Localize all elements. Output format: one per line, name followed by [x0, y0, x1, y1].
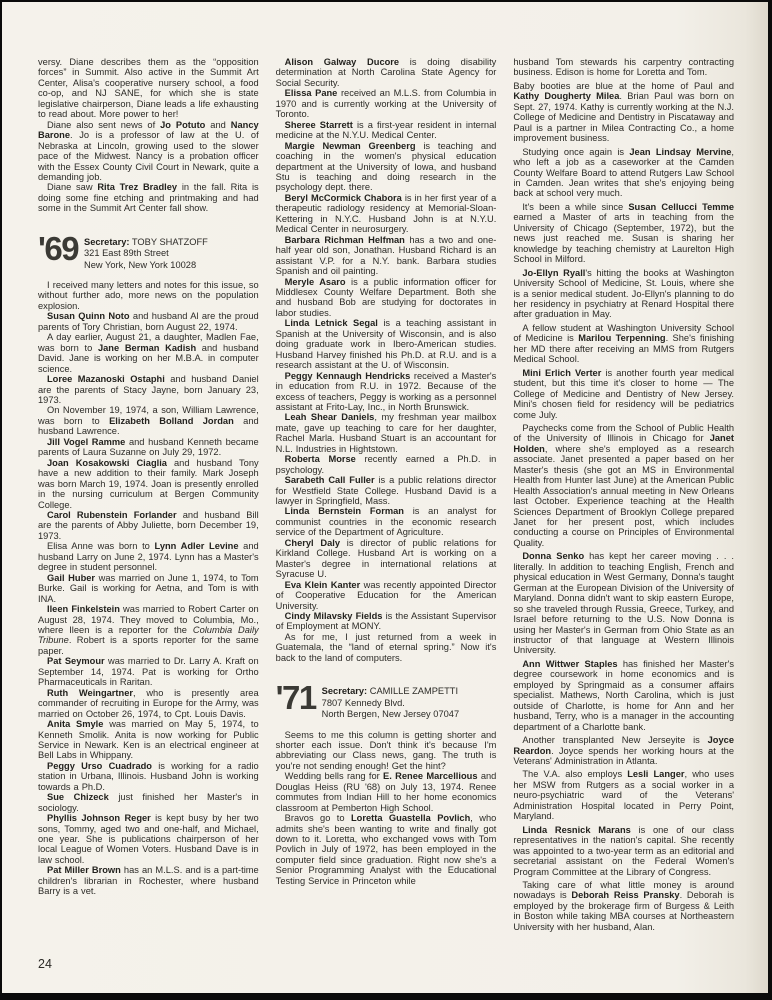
alumna-name: Donna Senko — [522, 551, 584, 561]
alumna-name: Susan Quinn Noto — [47, 311, 130, 321]
news-paragraph: Carol Rubenstein Forlander and husband B… — [38, 510, 259, 541]
alumna-name: Kathy Dougherty Milea — [513, 91, 619, 101]
alumna-name: Ruth Weingartner — [47, 688, 133, 698]
news-paragraph: Baby booties are blue at the home of Pau… — [513, 81, 734, 144]
news-paragraph: Taking care of what little money is arou… — [513, 880, 734, 932]
alumna-name: Jane Berman Kadish — [98, 343, 196, 353]
alumna-name: Elissa Pane — [285, 88, 338, 98]
news-paragraph: A day earlier, August 21, a daughter, Ma… — [38, 332, 259, 374]
news-paragraph: Joan Kosakowski Ciaglia and husband Tony… — [38, 458, 259, 510]
page-content: versy. Diane describes them as the “oppo… — [38, 57, 734, 931]
alumna-name: Jean Lindsay Mervine — [629, 147, 731, 157]
news-paragraph: Bravos go to Loretta Guastella Povlich, … — [276, 813, 497, 886]
alumna-name: Roberta Morse — [285, 454, 356, 464]
secretary-address-line: North Bergen, New Jersey 07047 — [322, 709, 459, 720]
paragraph-text: Studying once again is — [522, 147, 629, 157]
news-paragraph: Linda Bernstein Forman is an analyst for… — [276, 506, 497, 537]
news-paragraph: Linda Letnick Segal is a teaching assist… — [276, 318, 497, 370]
news-paragraph: Ann Wittwer Staples has finished her Mas… — [513, 659, 734, 732]
news-paragraph: Studying once again is Jean Lindsay Merv… — [513, 147, 734, 199]
news-paragraph: On November 19, 1974, a son, William Law… — [38, 405, 259, 436]
alumna-name: Jill Vogel Ramme — [47, 437, 125, 447]
paragraph-text: It's been a while since — [522, 202, 628, 212]
news-paragraph: Pat Miller Brown has an M.L.S. and is a … — [38, 865, 259, 896]
alumna-name: Gail Huber — [47, 573, 95, 583]
paragraph-text: , who admits she's been wanting to write… — [276, 813, 497, 886]
paragraph-text: and — [205, 120, 230, 130]
paragraph-text: Another transplanted New Jerseyite is — [522, 735, 707, 745]
alumna-name: Anita Smyle — [47, 719, 103, 729]
text-column: Alison Galway Ducore is doing disability… — [276, 57, 497, 931]
paragraph-text: has kept her career moving . . . literal… — [513, 551, 734, 655]
news-paragraph: Elissa Pane received an M.L.S. from Colu… — [276, 88, 497, 119]
alumna-name: Mini Erlich Verter — [522, 368, 601, 378]
paragraph-text: versy. Diane describes them as the “oppo… — [38, 57, 259, 119]
news-paragraph: Another transplanted New Jerseyite is Jo… — [513, 735, 734, 766]
class-year-header: '71Secretary: CAMILLE ZAMPETTI7807 Kenne… — [276, 685, 497, 720]
secretary-label: Secretary: — [84, 237, 129, 247]
text-column: versy. Diane describes them as the “oppo… — [38, 57, 259, 931]
news-paragraph: Diane also sent news of Jo Potuto and Na… — [38, 120, 259, 183]
news-paragraph: Peggy Urso Cuadrado is working for a rad… — [38, 761, 259, 792]
news-paragraph: Gail Huber was married on June 1, 1974, … — [38, 573, 259, 604]
news-paragraph: versy. Diane describes them as the “oppo… — [38, 57, 259, 120]
secretary-block: Secretary: TOBY SHATZOFF321 East 89th St… — [84, 236, 208, 271]
alumna-name: Beryl McCormick Chabora — [285, 193, 402, 203]
news-paragraph: Susan Quinn Noto and husband Al are the … — [38, 311, 259, 332]
alumna-name: Susan Cellucci Temme — [628, 202, 734, 212]
alumna-name: Peggy Kennaugh Hendricks — [285, 371, 411, 381]
secretary-name-line: Secretary: TOBY SHATZOFF — [84, 237, 208, 248]
alumna-name: Loretta Guastella Povlich — [351, 813, 470, 823]
news-paragraph: Loree Mazanoski Ostaphi and husband Dani… — [38, 374, 259, 405]
news-paragraph: Ruth Weingartner, who is presently area … — [38, 688, 259, 719]
alumna-name: Sarabeth Call Fuller — [285, 475, 375, 485]
alumna-name: Loree Mazanoski Ostaphi — [47, 374, 165, 384]
paragraph-text: husband Tom stewards his carpentry contr… — [513, 57, 734, 77]
news-paragraph: Donna Senko has kept her career moving .… — [513, 551, 734, 656]
news-paragraph: Linda Resnick Marans is one of our class… — [513, 825, 734, 877]
news-paragraph: Mini Erlich Verter is another fourth yea… — [513, 368, 734, 420]
news-paragraph: Leah Shear Daniels, my freshman year mai… — [276, 412, 497, 454]
alumna-name: Joan Kosakowski Ciaglia — [47, 458, 167, 468]
news-paragraph: Jo-Ellyn Ryall's hitting the books at Wa… — [513, 268, 734, 320]
news-paragraph: Barbara Richman Helfman has a two and on… — [276, 235, 497, 277]
magazine-page: versy. Diane describes them as the “oppo… — [2, 2, 768, 993]
news-paragraph: Pat Seymour was married to Dr. Larry A. … — [38, 656, 259, 687]
news-paragraph: Jill Vogel Ramme and husband Kenneth bec… — [38, 437, 259, 458]
secretary-name-line: Secretary: CAMILLE ZAMPETTI — [322, 686, 459, 697]
news-paragraph: Sarabeth Call Fuller is a public relatio… — [276, 475, 497, 506]
alumna-name: Ileen Finkelstein — [47, 604, 120, 614]
news-paragraph: Phyllis Johnson Reger is kept busy by he… — [38, 813, 259, 865]
news-paragraph: Margie Newman Greenberg is teaching and … — [276, 141, 497, 193]
alumna-name: Cindy Milavsky Fields — [285, 611, 383, 621]
paragraph-text: . Jo is a professor of law at the U. of … — [38, 130, 259, 182]
news-paragraph: I received many letters and notes for th… — [38, 280, 259, 311]
alumna-name: Cheryl Daly — [285, 538, 340, 548]
alumna-name: Carol Rubenstein Forlander — [47, 510, 177, 520]
news-paragraph: Roberta Morse recently earned a Ph.D. in… — [276, 454, 497, 475]
paragraph-text: has finished her Master's degree coursew… — [513, 659, 734, 732]
news-paragraph: Peggy Kennaugh Hendricks received a Mast… — [276, 371, 497, 413]
alumna-name: E. Renee Marcellious — [383, 771, 477, 781]
alumna-name: Ann Wittwer Staples — [522, 659, 617, 669]
alumna-name: Linda Bernstein Forman — [285, 506, 404, 516]
class-year-label: '71 — [276, 685, 322, 711]
paragraph-text: Elisa Anne was born to — [47, 541, 154, 551]
alumna-name: Eva Klein Kanter — [285, 580, 361, 590]
text-column: husband Tom stewards his carpentry contr… — [513, 57, 734, 931]
news-paragraph: The V.A. also employs Lesli Langer, who … — [513, 769, 734, 821]
news-paragraph: Beryl McCormick Chabora is in her first … — [276, 193, 497, 235]
alumna-name: Rita Trez Bradley — [97, 182, 177, 192]
paragraph-text: earned a Master of arts in teaching from… — [513, 212, 734, 264]
alumna-name: Meryle Asaro — [285, 277, 346, 287]
alumna-name: Barbara Richman Helfman — [285, 235, 405, 245]
news-paragraph: Cindy Milavsky Fields is the Assistant S… — [276, 611, 497, 632]
page-number: 24 — [38, 957, 52, 971]
news-paragraph: Sue Chizeck just finished her Master's i… — [38, 792, 259, 813]
alumna-name: Pat Seymour — [47, 656, 105, 666]
news-paragraph: As for me, I just returned from a week i… — [276, 632, 497, 663]
alumna-name: Lynn Adler Levine — [154, 541, 238, 551]
paragraph-text: Wedding bells rang for — [285, 771, 383, 781]
secretary-address-line: 7807 Kennedy Blvd. — [322, 698, 459, 709]
paragraph-text: Bravos go to — [285, 813, 351, 823]
news-paragraph: Wedding bells rang for E. Renee Marcelli… — [276, 771, 497, 813]
secretary-label: Secretary: — [322, 686, 367, 696]
alumna-name: Leah Shear Daniels — [285, 412, 375, 422]
news-paragraph: Alison Galway Ducore is doing disability… — [276, 57, 497, 88]
class-year-label: '69 — [38, 236, 84, 262]
news-paragraph: Anita Smyle was married on May 5, 1974, … — [38, 719, 259, 761]
paragraph-text: . Robert is a sports reporter for the sa… — [38, 635, 259, 655]
secretary-block: Secretary: CAMILLE ZAMPETTI7807 Kennedy … — [322, 685, 459, 720]
news-paragraph: Diane saw Rita Trez Bradley in the fall.… — [38, 182, 259, 213]
news-paragraph: Ileen Finkelstein was married to Robert … — [38, 604, 259, 656]
news-paragraph: It's been a while since Susan Cellucci T… — [513, 202, 734, 265]
paragraph-text: , where she's employed as a research ass… — [513, 444, 734, 548]
alumna-name: Jo Potuto — [160, 120, 205, 130]
alumna-name: Sheree Starrett — [285, 120, 353, 130]
alumna-name: Marilou Terpenning — [578, 333, 665, 343]
news-paragraph: A fellow student at Washington Universit… — [513, 323, 734, 365]
news-paragraph: Seems to me this column is getting short… — [276, 730, 497, 772]
secretary-address-line: New York, New York 10028 — [84, 260, 208, 271]
news-paragraph: Eva Klein Kanter was recently appointed … — [276, 580, 497, 611]
paragraph-text: Diane also sent news of — [47, 120, 160, 130]
alumna-name: Jo-Ellyn Ryall — [522, 268, 585, 278]
alumna-name: Linda Letnick Segal — [285, 318, 378, 328]
news-paragraph: Sheree Starrett is a first-year resident… — [276, 120, 497, 141]
news-paragraph: Cheryl Daly is director of public relati… — [276, 538, 497, 580]
news-paragraph: Elisa Anne was born to Lynn Adler Levine… — [38, 541, 259, 572]
alumna-name: Pat Miller Brown — [47, 865, 121, 875]
paragraph-text: As for me, I just returned from a week i… — [276, 632, 497, 663]
paragraph-text: Diane saw — [47, 182, 97, 192]
news-paragraph: husband Tom stewards his carpentry contr… — [513, 57, 734, 78]
paragraph-text: Paychecks come from the School of Public… — [513, 423, 734, 443]
alumna-name: Phyllis Johnson Reger — [47, 813, 151, 823]
secretary-address-line: 321 East 89th Street — [84, 248, 208, 259]
alumna-name: Alison Galway Ducore — [285, 57, 399, 67]
news-paragraph: Meryle Asaro is a public information off… — [276, 277, 497, 319]
news-paragraph: Paychecks come from the School of Public… — [513, 423, 734, 548]
alumna-name: Sue Chizeck — [47, 792, 109, 802]
paragraph-text: I received many letters and notes for th… — [38, 280, 259, 311]
paragraph-text: Baby booties are blue at the home of Pau… — [513, 81, 734, 91]
paragraph-text: The V.A. also employs — [522, 769, 627, 779]
alumna-name: Elizabeth Bolland Jordan — [109, 416, 234, 426]
class-year-header: '69Secretary: TOBY SHATZOFF321 East 89th… — [38, 236, 259, 271]
paragraph-text: Seems to me this column is getting short… — [276, 730, 497, 771]
alumna-name: Linda Resnick Marans — [522, 825, 630, 835]
alumna-name: Margie Newman Greenberg — [285, 141, 416, 151]
alumna-name: Deborah Reiss Pransky — [571, 890, 679, 900]
alumna-name: Peggy Urso Cuadrado — [47, 761, 152, 771]
alumna-name: Lesli Langer — [627, 769, 684, 779]
